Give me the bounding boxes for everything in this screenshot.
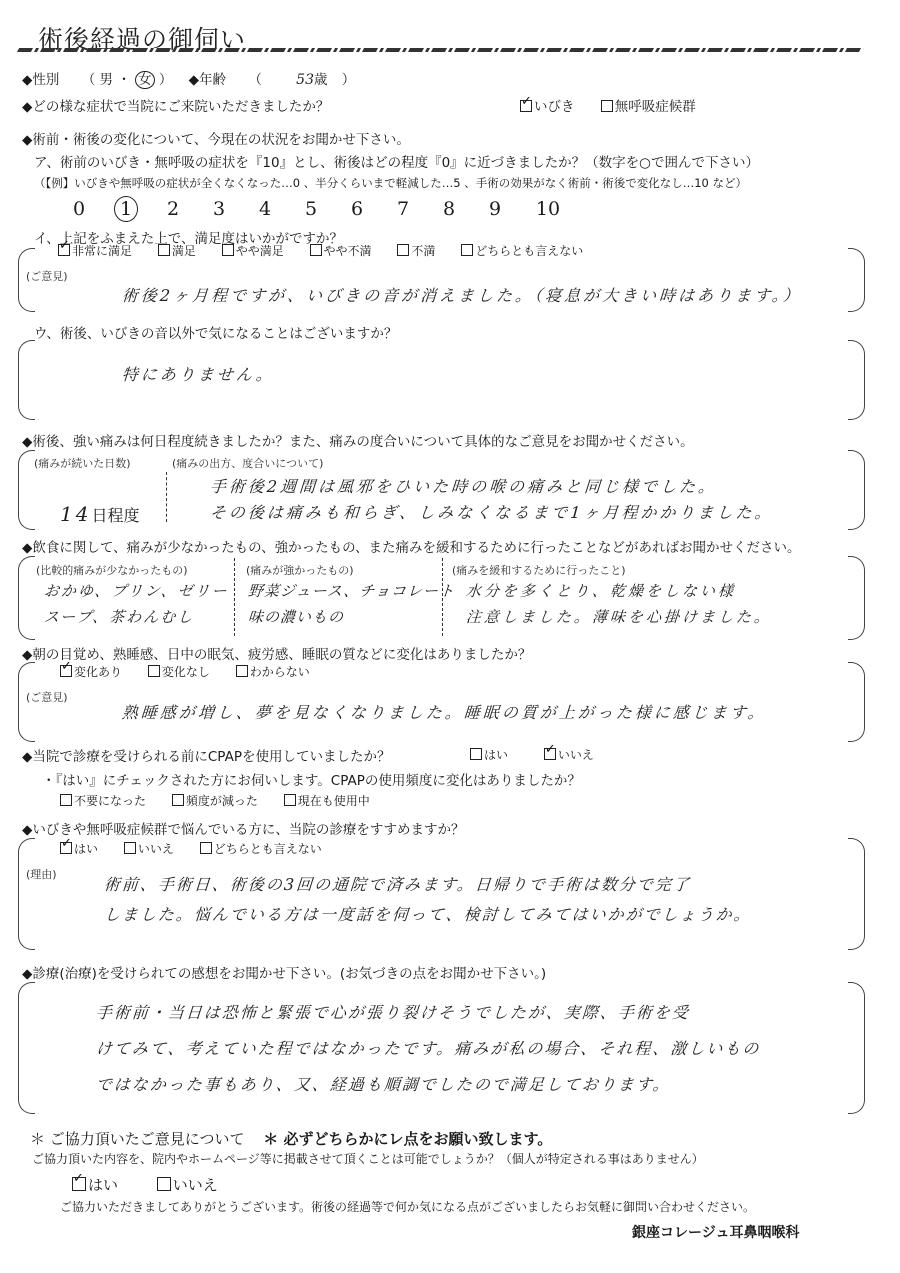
change-heading: ◆術前・術後の変化について、今現在の状況をお聞かせ下さい。 [22, 128, 410, 148]
food-less-pain-label: (比較的痛みが少なかったもの) [36, 562, 188, 578]
gender-option-female[interactable]: 女 [135, 71, 155, 89]
recommend-option-no[interactable]: いいえ [124, 840, 174, 857]
cpap-followup-options: 不要になった 頻度が減った 現在も使用中 [60, 792, 392, 809]
satisfaction-dissatisfied[interactable]: 不満 [397, 242, 435, 259]
checkbox-icon[interactable] [470, 748, 482, 760]
bracket-right [848, 556, 865, 640]
symptom-option-apnea[interactable]: 無呼吸症候群 [601, 95, 696, 115]
consent-option-yes[interactable]: はい [72, 1174, 118, 1195]
title-divider [17, 48, 864, 52]
recommend-option-yes[interactable]: はい [60, 840, 98, 857]
pain-degree-label: (痛みの出方、度合いについて) [172, 455, 323, 471]
scale-6[interactable]: 6 [334, 198, 380, 220]
bracket-right [848, 450, 865, 530]
symptoms-options: いびき 無呼吸症候群 [520, 95, 718, 115]
food-less-line2[interactable]: スープ、茶わんむし [43, 606, 195, 627]
scale-8[interactable]: 8 [426, 198, 472, 220]
bracket-right [848, 838, 865, 950]
impression-line3[interactable]: ではなかった事もあり、又、経過も順調でしたので満足しております。 [95, 1072, 671, 1095]
cpap-followup-still-using[interactable]: 現在も使用中 [284, 792, 370, 809]
satisfaction-somewhat-satisfied[interactable]: やや満足 [222, 242, 284, 259]
satisfaction-neutral[interactable]: どちらとも言えない [461, 242, 583, 259]
checkbox-icon[interactable] [148, 665, 160, 677]
scale-4[interactable]: 4 [242, 198, 288, 220]
cpap-options: はい いいえ [470, 746, 616, 763]
recommend-reason-line2[interactable]: しました。悩んでいる方は一度話を伺って、検討してみてはいかがでしょうか。 [103, 902, 752, 925]
satisfaction-opinion-text[interactable]: 術後2ヶ月程ですが、いびきの音が消えました。（寝息が大きい時はあります。） [121, 283, 803, 306]
scale-10[interactable]: 10 [518, 198, 578, 220]
checkbox-icon[interactable] [284, 794, 296, 806]
cpap-question: ◆当院で診療を受けられる前にCPAPを使用していましたか？ [22, 745, 390, 765]
bracket-left [18, 838, 35, 950]
scale-0[interactable]: 0 [56, 198, 102, 220]
cpap-followup-reduced[interactable]: 頻度が減った [172, 792, 258, 809]
food-relief-label: (痛みを緩和するために行ったこと) [452, 562, 626, 578]
pain-question: ◆術後、強い痛みは何日程度続きましたか？また、痛みの度合いについて具体的なご意見… [22, 430, 694, 450]
food-strong-pain-label: (痛みが強かったもの) [246, 562, 354, 578]
food-less-line1[interactable]: おかゆ、プリン、ゼリー [43, 580, 229, 601]
consent-option-no[interactable]: いいえ [157, 1174, 218, 1195]
cpap-followup-not-needed[interactable]: 不要になった [60, 792, 146, 809]
checkbox-icon[interactable] [601, 100, 613, 112]
scale-1-selected[interactable]: 1 [114, 196, 138, 222]
checkbox-checked-icon[interactable] [60, 842, 72, 854]
consent-options: はい いいえ [72, 1174, 240, 1195]
other-concerns-question: ウ、術後、いびきの音以外で気になることはございますか？ [34, 322, 397, 342]
opinion-label: (ご意見) [26, 689, 68, 705]
scale-3[interactable]: 3 [196, 198, 242, 220]
scale-9[interactable]: 9 [472, 198, 518, 220]
checkbox-checked-icon[interactable] [58, 244, 70, 256]
gender-label: ◆性別 [22, 72, 59, 88]
bracket-left [18, 450, 35, 530]
bracket-left [18, 982, 35, 1114]
gender-age-row: ◆性別 （ 男 ・ 女 ） ◆年齢 （ 53歳 ） [22, 68, 355, 88]
thanks-message: ご協力いただきましてありがとうございます。術後の経過等で何か気になる点がございま… [60, 1198, 755, 1215]
bracket-left [18, 340, 35, 420]
checkbox-checked-icon[interactable] [544, 748, 556, 760]
bracket-left [18, 556, 35, 640]
checkbox-icon[interactable] [60, 794, 72, 806]
opinion-label: (ご意見) [26, 268, 68, 284]
checkbox-icon[interactable] [397, 244, 409, 256]
scale-7[interactable]: 7 [380, 198, 426, 220]
other-concerns-answer[interactable]: 特にありません。 [121, 362, 276, 385]
bracket-right [848, 248, 865, 312]
change-example: （【例】いびきや無呼吸の症状が全くなくなった…0 、半分くらいまで軽減した…5 … [34, 175, 747, 191]
satisfaction-satisfied[interactable]: 満足 [158, 242, 196, 259]
clinic-name: 銀座コレージュ耳鼻咽喉科 [632, 1222, 799, 1242]
bracket-right [848, 982, 865, 1114]
food-strong-line2[interactable]: 味の濃いもの [247, 606, 344, 627]
column-divider [166, 472, 167, 522]
checkbox-checked-icon[interactable] [72, 1177, 86, 1191]
symptoms-question: ◆どの様な症状で当院にご来院いただきましたか？ [22, 95, 329, 115]
checkbox-icon[interactable] [172, 794, 184, 806]
satisfaction-somewhat-dissatisfied[interactable]: やや不満 [310, 242, 372, 259]
cpap-option-no[interactable]: いいえ [544, 746, 594, 763]
sleep-option-changed[interactable]: 変化あり [60, 663, 122, 680]
scale-2[interactable]: 2 [150, 198, 196, 220]
column-divider [234, 558, 235, 636]
consent-question: ご協力頂いた内容を、院内やホームページ等に掲載させて頂くことは可能でしょうか？（… [32, 1150, 704, 1167]
impression-question: ◆診療(治療)を受けられての感想をお聞かせ下さい。(お気づきの点をお聞かせ下さい… [22, 962, 546, 982]
impression-line1[interactable]: 手術前・当日は恐怖と緊張で心が張り裂けそうでしたが、実際、手術を受 [95, 1000, 691, 1023]
scale-5[interactable]: 5 [288, 198, 334, 220]
food-relief-line1[interactable]: 水分を多くとり、乾燥をしない様 [465, 580, 736, 601]
satisfaction-very-satisfied[interactable]: 非常に満足 [58, 242, 132, 259]
pain-days-value: 14 [60, 502, 91, 526]
food-strong-line1[interactable]: 野菜ジュース、チョコレート [247, 580, 455, 601]
age-label: ◆年齢 [189, 72, 226, 88]
age-value[interactable]: 53 [296, 72, 314, 88]
consent-heading: ＊ ご協力頂いたご意見について ＊ 必ずどちらかにレ点をお願い致します。 [30, 1128, 552, 1149]
food-question: ◆飲食に関して、痛みが少なかったもの、強かったもの、また痛みを緩和するために行っ… [22, 536, 801, 556]
checkbox-icon[interactable] [158, 244, 170, 256]
pain-days-label: (痛みが続いた日数) [34, 455, 131, 471]
checkbox-icon[interactable] [222, 244, 234, 256]
cpap-followup-question: ・『はい』にチェックされた方にお伺いします。CPAPの使用頻度に変化はありました… [42, 769, 581, 789]
checkbox-checked-icon[interactable] [60, 665, 72, 677]
sleep-options: 変化あり 変化なし わからない [60, 663, 332, 680]
recommend-reason-line1[interactable]: 術前、手術日、術後の3回の通院で済みます。日帰りで手術は数分で完了 [103, 872, 692, 895]
checkbox-icon[interactable] [310, 244, 322, 256]
bracket-right [848, 662, 865, 742]
sleep-option-unknown[interactable]: わからない [236, 663, 310, 680]
checkbox-icon[interactable] [124, 842, 136, 854]
recommend-question: ◆いびきや無呼吸症候群で悩んでいる方に、当院の診療をすすめますか？ [22, 818, 465, 838]
pain-degree-line2[interactable]: その後は痛みも和らぎ、しみなくなるまで1ヶ月程かかりました。 [209, 500, 774, 523]
pain-days-field[interactable]: 14日程度 [60, 502, 139, 526]
impression-line2[interactable]: けてみて、考えていた程ではなかったです。痛みが私の場合、それ程、激しいもの [95, 1036, 761, 1059]
cpap-option-yes[interactable]: はい [470, 746, 508, 763]
improvement-scale: 012345678910 [56, 196, 578, 222]
change-question-a: ア、術前のいびき・無呼吸の症状を『10』とし、術後はどの程度『0』に近づきました… [34, 151, 759, 171]
checkbox-checked-icon[interactable] [520, 100, 532, 112]
reason-label: (理由) [26, 866, 57, 882]
recommend-option-neutral[interactable]: どちらとも言えない [200, 840, 322, 857]
food-relief-line2[interactable]: 注意しました。薄味を心掛けました。 [465, 606, 772, 627]
checkbox-icon[interactable] [461, 244, 473, 256]
sleep-opinion-text[interactable]: 熟睡感が増し、夢を見なくなりました。睡眠の質が上がった様に感じます。 [121, 700, 767, 723]
sleep-option-no-change[interactable]: 変化なし [148, 663, 210, 680]
checkbox-icon[interactable] [236, 665, 248, 677]
bracket-right [848, 340, 865, 420]
pain-degree-line1[interactable]: 手術後2週間は風邪をひいた時の喉の痛みと同じ様でした。 [209, 474, 718, 497]
symptom-option-snoring[interactable]: いびき [520, 95, 575, 115]
checkbox-icon[interactable] [157, 1177, 171, 1191]
satisfaction-options: 非常に満足 満足 やや満足 やや不満 不満 どちらとも言えない [58, 242, 605, 259]
sleep-question: ◆朝の目覚め、熟睡感、日中の眠気、疲労感、睡眠の質などに変化はありましたか？ [22, 643, 531, 663]
gender-option-male[interactable]: 男 [99, 72, 113, 88]
checkbox-icon[interactable] [200, 842, 212, 854]
recommend-options: はい いいえ どちらとも言えない [60, 840, 344, 857]
